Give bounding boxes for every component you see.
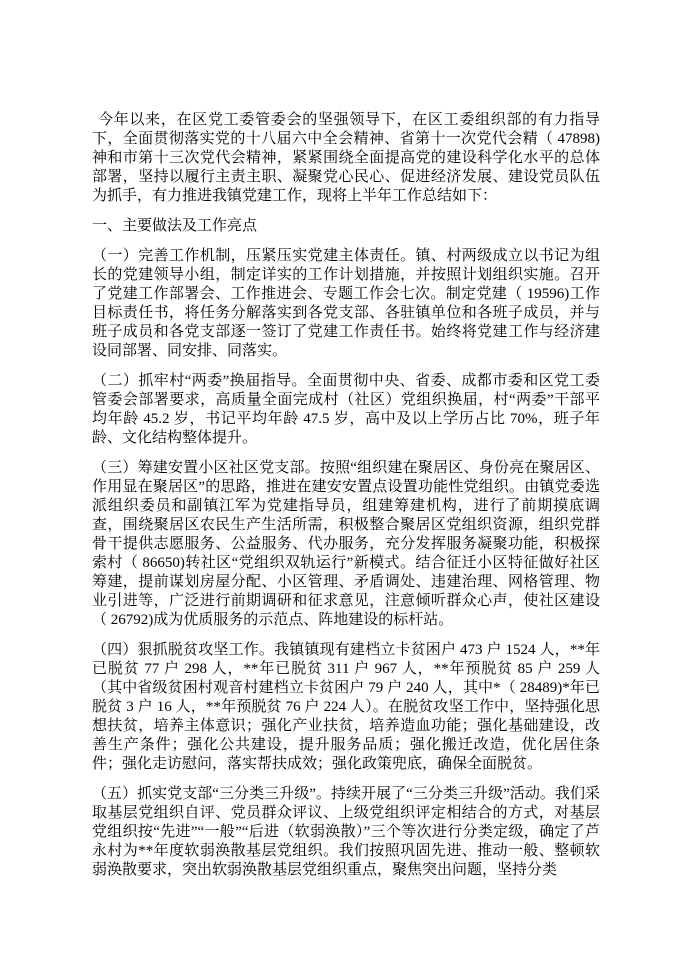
paragraph-item-2: （二）抓牢村“两委”换届指导。全面贯彻中央、省委、成都市委和区党工委管委会部署要… <box>92 372 600 448</box>
paragraph-item-3: （三）筹建安置小区社区党支部。按照“组织建在聚居区、身份亮在聚居区、作用显在聚居… <box>92 459 600 630</box>
document-page: 今年以来，在区党工委管委会的坚强领导下，在区工委组织部的有力指导下，全面贯彻落实… <box>0 0 690 880</box>
paragraph-item-5: （五）抓实党支部“三分类三升级”。持续开展了“三分类三升级”活动。我们采取基层党… <box>92 785 600 880</box>
paragraph-item-4: （四）狠抓脱贫攻坚工作。我镇镇现有建档立卡贫困户 473 户 1524 人，**… <box>92 641 600 774</box>
intro-paragraph: 今年以来，在区党工委管委会的坚强领导下，在区工委组织部的有力指导下，全面贯彻落实… <box>92 111 600 206</box>
section-heading: 一、主要做法及工作亮点 <box>92 217 600 236</box>
paragraph-item-1: （一）完善工作机制，压紧压实党建主体责任。镇、村两级成立以书记为组长的党建领导小… <box>92 247 600 361</box>
